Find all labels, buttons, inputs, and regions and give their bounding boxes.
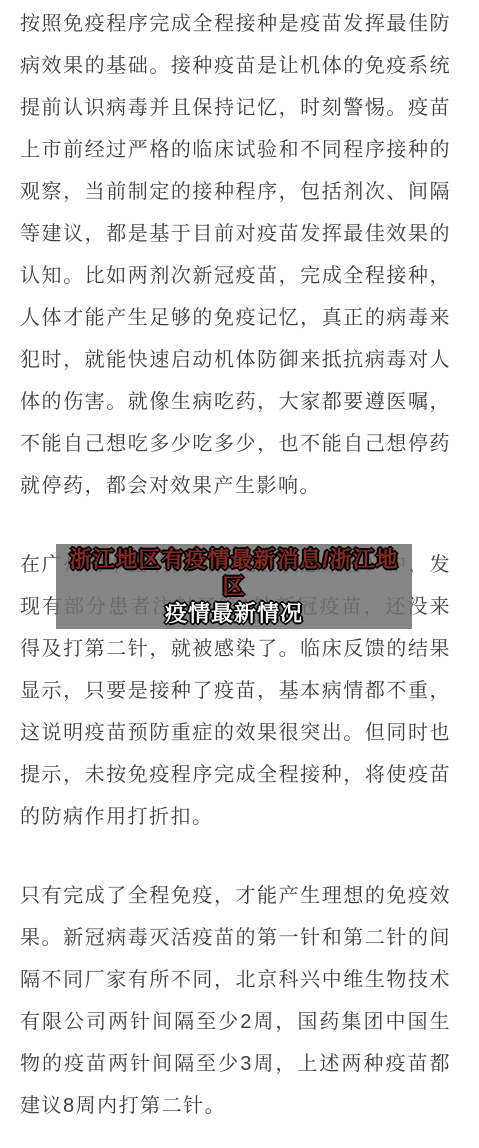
- article-paragraph: 只有完成了全程免疫，才能产生理想的免疫效果。新冠病毒灭活疫苗的第一针和第二针的间…: [20, 875, 451, 1127]
- watermark-title-line2: 疫情最新情况: [165, 600, 303, 627]
- watermark-overlay-banner[interactable]: 浙江地区有疫情最新消息/浙江地区 疫情最新情况: [56, 544, 412, 629]
- article-page: 按照免疫程序完成全程接种是疫苗发挥最佳防病效果的基础。接种疫苗是让机体的免疫系统…: [0, 0, 479, 1148]
- article-paragraph: 按照免疫程序完成全程接种是疫苗发挥最佳防病效果的基础。接种疫苗是让机体的免疫系统…: [20, 3, 451, 507]
- watermark-title-line1: 浙江地区有疫情最新消息/浙江地区: [60, 546, 408, 600]
